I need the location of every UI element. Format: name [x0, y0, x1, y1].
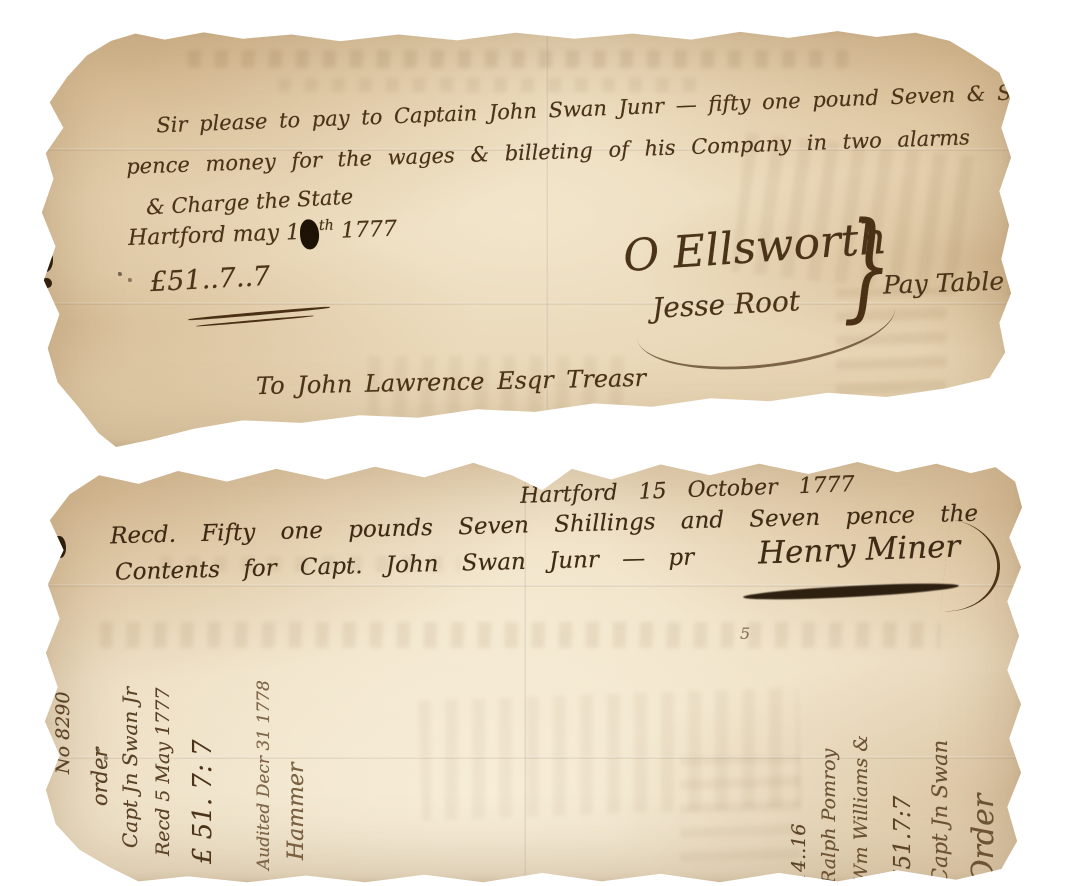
bleedthrough-smudge	[278, 78, 708, 92]
docket-order-label: order	[88, 747, 112, 806]
order-amount: £51..7..7	[149, 261, 271, 298]
bleedthrough-smudge	[100, 622, 940, 648]
stray-digit: 5	[740, 624, 750, 643]
date-text: Hartford may 1	[128, 220, 301, 251]
receipt-dateline: Hartford 15 October 1777	[520, 472, 855, 509]
bleedthrough-smudge	[418, 687, 802, 820]
docket-committee-name: Ralph Pomroy	[818, 749, 840, 884]
docket-received-date: Recd 5 May 1777	[152, 688, 174, 856]
docket-payee: Capt Jn Swan	[928, 740, 952, 884]
pencil-dots	[118, 272, 122, 276]
pencil-dots	[128, 278, 132, 282]
docket-amount: £ 51. 7: 7	[188, 739, 218, 864]
docket-auditor-signature: Hammer	[284, 762, 309, 860]
docket-amount: £51.7:7	[890, 796, 916, 884]
edge-ink-blot	[38, 246, 53, 272]
docket-audited-line: Audited Decr 31 1778	[254, 680, 274, 870]
docket-payee: Capt Jn Swan Jr	[118, 687, 142, 848]
order-date-line: Hartford may 15th 1777	[128, 215, 398, 251]
edge-ink-blot	[54, 536, 66, 558]
receipt-line-2: Contents for Capt. John Swan Junr — pr	[115, 544, 695, 585]
docket-order-label: Order	[966, 794, 1001, 884]
bleedthrough-smudge	[188, 50, 848, 68]
docket-committee-name: Wm Williams &	[850, 735, 872, 884]
pay-table-label: Pay Table —	[883, 265, 1038, 299]
scanned-documents-photo: Sir please to pay to Captain John Swan J…	[0, 0, 1080, 886]
edge-ink-blot	[42, 278, 52, 288]
ink-blot-over-date: 5	[300, 219, 320, 250]
docket-reference-number: 14..16	[788, 824, 810, 884]
heavy-ink-smear	[743, 580, 959, 602]
address-treasurer-line: To John Lawrence Esqr Treasr	[256, 364, 647, 400]
brace-glyph: }	[843, 196, 892, 334]
date-year: 1777	[341, 217, 398, 244]
order-line-3: & Charge the State	[146, 185, 354, 220]
bleedthrough-smudge	[680, 756, 800, 866]
receipt-document: Hartford 15 October 1777 Recd. Fifty one…	[40, 456, 1025, 884]
pay-order-document: Sir please to pay to Captain John Swan J…	[38, 26, 1013, 450]
date-superscript: th	[319, 218, 335, 235]
docket-number: No 8290	[52, 692, 74, 774]
amount-underline	[188, 306, 330, 321]
signature-henry-miner: Henry Miner	[757, 528, 960, 571]
signature-flourish	[940, 519, 1004, 616]
